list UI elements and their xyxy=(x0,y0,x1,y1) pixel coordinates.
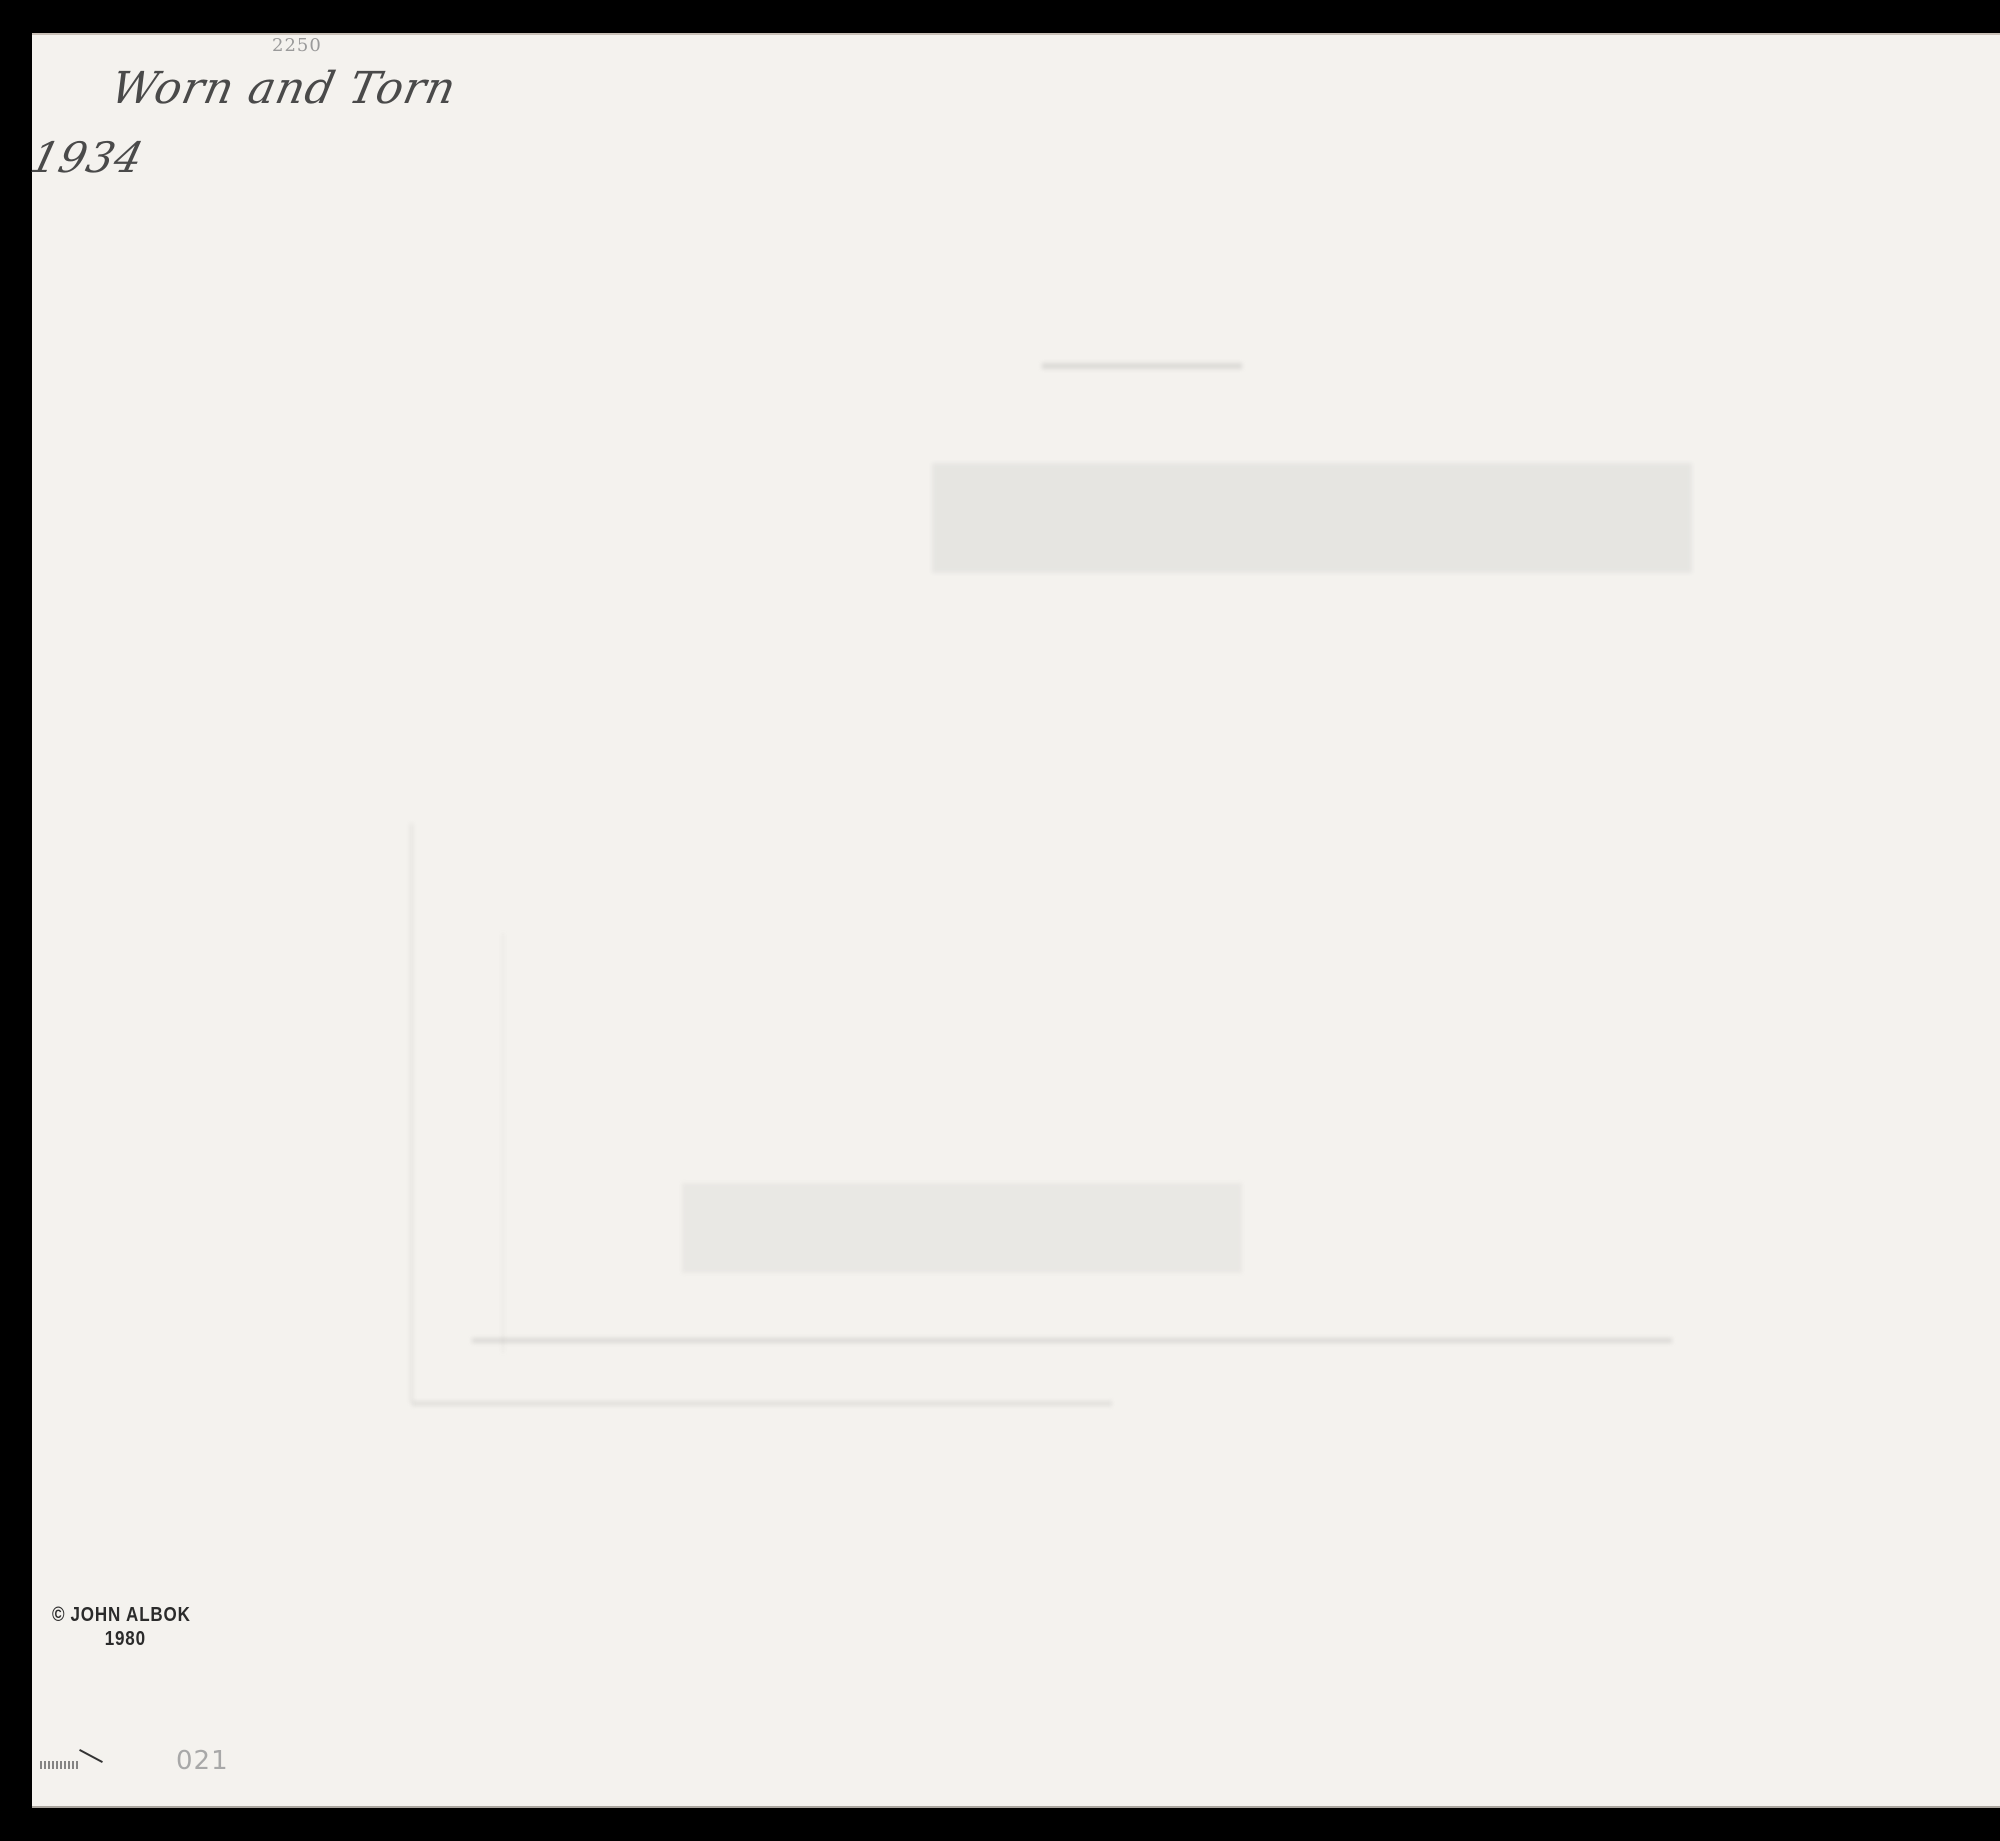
show-through-mark xyxy=(502,933,504,1353)
show-through-mark xyxy=(1042,363,1242,369)
show-through-mark xyxy=(932,463,1692,573)
show-through-mark xyxy=(412,1401,1112,1406)
handwritten-title: Worn and Torn xyxy=(107,63,461,114)
stamp-mark xyxy=(79,1749,103,1763)
photo-back-paper: 2250 Worn and Torn 1934 ©JOHN ALBOK 1980… xyxy=(32,33,2000,1808)
stamp-name: JOHN ALBOK xyxy=(70,1604,190,1626)
catalog-number-note: 2250 xyxy=(272,35,322,56)
show-through-mark xyxy=(682,1183,1242,1273)
copyright-icon: © xyxy=(52,1603,65,1627)
show-through-mark xyxy=(472,1338,1672,1343)
handwritten-year: 1934 xyxy=(26,133,149,182)
show-through-mark xyxy=(410,823,413,1403)
stamp-smudge xyxy=(40,1761,78,1769)
inventory-number-note: 021 xyxy=(176,1746,229,1776)
copyright-stamp: ©JOHN ALBOK 1980 xyxy=(52,1603,191,1651)
stamp-year: 1980 xyxy=(52,1627,191,1651)
